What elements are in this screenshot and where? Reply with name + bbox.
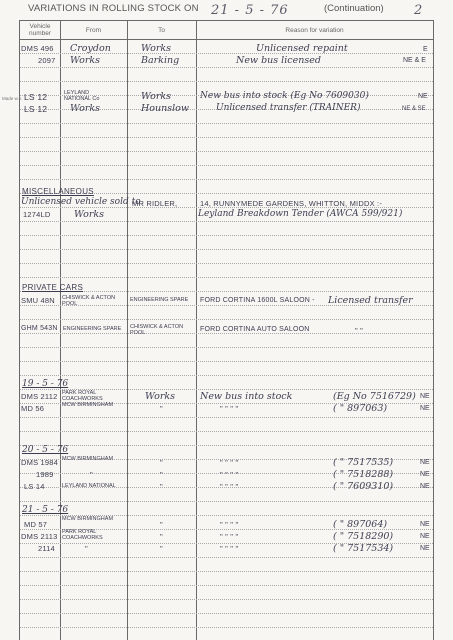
cell-text: " [160,470,163,479]
cell-text: MCW BIRMINGHAM [62,457,122,463]
ruled-line [20,501,433,502]
ruled-line [20,81,433,82]
cell-text: " " " " [220,470,238,479]
cell-text: ( " 897063) [333,403,387,414]
cell-text: DMS 1984 [21,458,58,467]
cell-text: NE [420,471,430,478]
table-row: 2114 " " " " " " ( " 7517534) NE [20,543,433,556]
cell-text: SMU 48N [21,296,55,305]
cell-text: DMS 2113 [21,532,57,541]
cell-text: Hounslow [141,103,189,114]
cell-text: " " " " [220,482,238,491]
cell-text: " " " " [220,520,238,529]
cell-text: ENGINEERING SPARE [130,298,188,304]
header-from: From [60,21,127,39]
table-header: Vehicle number From To Reason for variat… [20,21,433,40]
cell-text: 1274LD [23,210,50,219]
date-heading: 20 - 5 - 76 [22,445,68,455]
cell-text: " [160,458,163,467]
cell-text: ( " 897064) [333,519,387,530]
cell-text: " " " " [220,458,238,467]
ruled-line [20,249,433,250]
cell-text: ( " 7609310) [333,481,393,492]
cell-text: " [160,404,163,413]
continuation-label: (Continuation) [324,3,384,14]
cell-text: ( " 7517535) [333,457,393,468]
ruled-line [20,235,433,236]
cell-text: Licensed transfer [328,295,413,306]
cell-text: " " [355,326,363,335]
ruled-line [20,137,433,138]
ruled-line [20,151,433,152]
cell-text: NE [420,545,430,552]
cell-text: NE [420,483,430,490]
cell-text: " [160,482,163,491]
cell-text: " [90,470,93,479]
form-date: 21 - 5 - 76 [211,3,289,18]
cell-text: New bus into stock (Eg No 7609030) [200,91,369,101]
cell-text: NE [418,93,428,100]
cell-text: CHISWICK & ACTON POOL [62,296,126,307]
cell-text: Works [141,43,171,54]
cell-text: LS 14 [24,482,45,491]
cell-text: GHM 543N [21,325,58,332]
cell-text: MCW BIRMINGHAM [62,403,122,409]
ruled-line [20,599,433,600]
cell-text: Works [70,103,100,114]
ruled-line [20,375,433,376]
cell-text: PARK ROYAL COACHWORKS [62,530,122,541]
table-row: LS 12 Works Hounslow Unlicensed transfer… [20,103,433,116]
ruled-line [20,179,433,180]
cell-text: NE [420,393,430,400]
ruled-line [20,613,433,614]
ruled-line [20,431,433,432]
table-row: 2097 Works Barking New bus licensed NE &… [20,55,433,68]
header-to: To [127,21,196,39]
ruled-line [20,277,433,278]
ruled-line [20,263,433,264]
cell-text: Unlicensed repaint [256,43,348,54]
cell-text: NE [420,533,430,540]
ruled-line [20,445,433,446]
cell-text: NE [420,459,430,466]
ruled-line [20,571,433,572]
ruled-line [20,585,433,586]
form-title-line: VARIATIONS IN ROLLING STOCK ON 21 - 5 - … [28,3,443,19]
cell-text: Works [141,91,171,102]
date-heading: 21 - 5 - 76 [22,505,68,515]
ledger-table: Vehicle number From To Reason for variat… [19,20,434,640]
cell-text: " " " " [220,404,238,413]
cell-text: 1989 [36,470,54,479]
table-row: GHM 543N ENGINEERING SPARE CHISWICK & AC… [20,324,433,337]
cell-text: Leyland Breakdown Tender (AWCA 599/921) [198,209,402,219]
ruled-line [20,165,433,166]
cell-text: FORD CORTINA 1600L SALOON - [200,297,315,304]
cell-text: ENGINEERING SPARE [63,327,121,333]
cell-text: MD 57 [24,520,47,529]
cell-text: Works [74,209,104,220]
cell-text: DMS 496 [21,44,54,53]
ruled-line [20,347,433,348]
table-row: 1274LD Works Leyland Breakdown Tender (A… [20,209,433,222]
cell-text: DMS 2112 [21,392,57,401]
section-heading-misc: MISCELLANEOUS [22,187,94,196]
cell-text: E [423,46,428,53]
date-heading: 19 - 5 - 76 [22,379,68,389]
cell-text: Barking [141,55,179,66]
table-row: SMU 48N CHISWICK & ACTON POOL ENGINEERIN… [20,295,433,308]
ruled-line [20,319,433,320]
cell-text: " [160,544,163,553]
cell-text: Unlicensed vehicle sold to [21,197,141,207]
cell-text: CHISWICK & ACTON POOL [130,325,196,336]
cell-text: " [160,520,163,529]
cell-text: 14, RUNNYMEDE GARDENS, WHITTON, MIDDX :- [200,199,382,208]
cell-text: New bus into stock [200,391,292,402]
ruled-line [20,627,433,628]
cell-text: MR RIDLER, [132,199,177,208]
cell-text: NE [420,521,430,528]
cell-text: Works [70,55,100,66]
section-heading-private-cars: PRIVATE CARS [22,283,83,292]
ruled-line [20,123,433,124]
cell-text: " " " " [220,532,238,541]
form-title: VARIATIONS IN ROLLING STOCK ON [28,3,199,14]
page-number: 2 [414,3,422,18]
cell-text: MCW BIRMINGHAM [62,517,122,523]
header-reason: Reason for variation [196,21,433,39]
table-row: LS 14 LEYLAND NATIONAL " " " " " ( " 760… [20,481,433,494]
cell-text: PARK ROYAL COACHWORKS [62,391,122,402]
cell-text: ( " 7518290) [333,531,393,542]
cell-text: NE & SE [402,106,426,112]
cell-text: ( " 7518288) [333,469,393,480]
ruled-line [20,361,433,362]
cell-text: Works [145,391,175,402]
ruled-line [20,417,433,418]
cell-text: Unlicensed transfer (TRAINER) [216,103,360,113]
cell-text: LEYLAND NATIONAL [62,484,116,490]
cell-text: ( " 7517534) [333,543,393,554]
cell-text: " [160,532,163,541]
cell-text: " " " " [220,544,238,553]
cell-text: LS 12 [24,92,47,102]
ruled-line [20,557,433,558]
cell-text: New bus licensed [236,55,321,66]
table-row: MD 56 MCW BIRMINGHAM " " " " " ( " 89706… [20,403,433,416]
cell-text: Croydon [70,43,111,54]
cell-text: MD 56 [21,404,44,413]
cell-text: LEYLAND NATIONAL Co [64,91,104,102]
cell-text: NE & E [403,57,426,64]
header-vehicle: Vehicle number [20,21,60,39]
cell-text: NE [420,405,430,412]
cell-text: 2097 [38,56,56,65]
cell-text: FORD CORTINA AUTO SALOON [200,326,310,333]
cell-text: 2114 [38,544,55,553]
cell-text: " [85,544,88,553]
cell-text: (Eg No 7516729) [333,391,416,402]
cell-text: LS 12 [24,104,47,114]
